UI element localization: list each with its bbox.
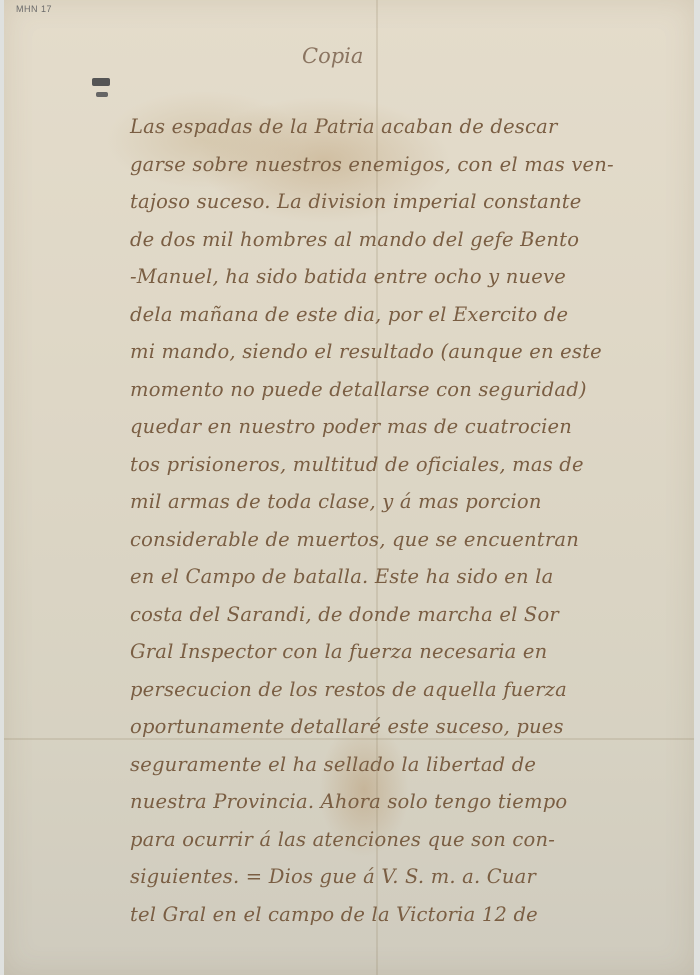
manuscript-line: -Manuel, ha sido batida entre ocho y nue… <box>130 258 700 296</box>
manuscript-line: persecucion de los restos de aquella fue… <box>130 671 700 709</box>
archive-mark: MHN 17 <box>16 4 52 14</box>
manuscript-line: de dos mil hombres al mando del gefe Ben… <box>130 221 700 259</box>
manuscript-body: Las espadas de la Patria acaban de desca… <box>130 108 700 933</box>
document-heading: Copia <box>302 44 363 68</box>
manuscript-line: Las espadas de la Patria acaban de desca… <box>130 108 700 146</box>
manuscript-line: mi mando, siendo el resultado (aunque en… <box>130 333 700 371</box>
manuscript-line: nuestra Provincia. Ahora solo tengo tiem… <box>130 783 700 821</box>
manuscript-line: seguramente el ha sellado la libertad de <box>130 746 700 784</box>
manuscript-page: MHN 17 Copia Las espadas de la Patria ac… <box>4 0 694 975</box>
manuscript-line: dela mañana de este dia, por el Exercito… <box>130 296 700 334</box>
manuscript-line: costa del Sarandi, de donde marcha el So… <box>130 596 700 634</box>
manuscript-line: tajoso suceso. La division imperial cons… <box>130 183 700 221</box>
manuscript-line: en el Campo de batalla. Este ha sido en … <box>130 558 700 596</box>
manuscript-line: considerable de muertos, que se encuentr… <box>130 521 700 559</box>
manuscript-line: tos prisioneros, multitud de oficiales, … <box>130 446 700 484</box>
manuscript-line: Gral Inspector con la fuerza necesaria e… <box>130 633 700 671</box>
manuscript-line: quedar en nuestro poder mas de cuatrocie… <box>130 408 700 446</box>
manuscript-line: garse sobre nuestros enemigos, con el ma… <box>130 146 700 184</box>
pin-hole-mark-lower <box>96 92 108 97</box>
manuscript-line: siguientes. = Dios gue á V. S. m. a. Cua… <box>130 858 700 896</box>
manuscript-line: tel Gral en el campo de la Victoria 12 d… <box>130 896 700 934</box>
manuscript-line: oportunamente detallaré este suceso, pue… <box>130 708 700 746</box>
manuscript-line: momento no puede detallarse con segurida… <box>130 371 700 409</box>
pin-hole-mark <box>92 78 110 86</box>
manuscript-line: para ocurrir á las atenciones que son co… <box>130 821 700 859</box>
manuscript-line: mil armas de toda clase, y á mas porcion <box>130 483 700 521</box>
